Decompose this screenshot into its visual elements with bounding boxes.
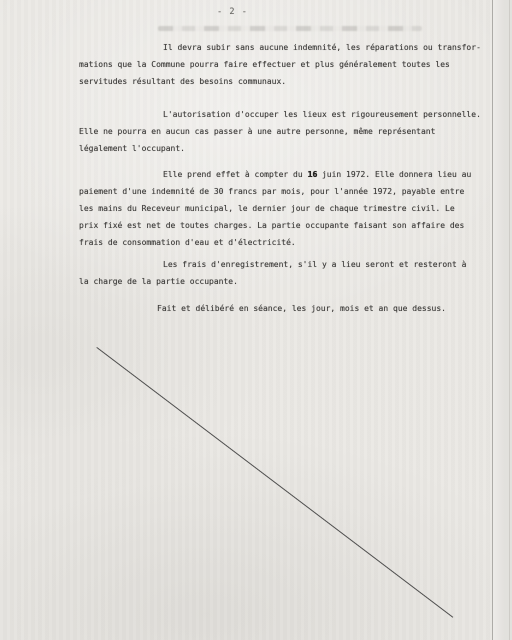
text-line: mations que la Commune pourra faire effe… — [79, 56, 479, 73]
paragraph-effective-date-payment: Elle prend effet à compter du 16 juin 19… — [79, 166, 479, 251]
text-line: Il devra subir sans aucune indemnité, le… — [79, 39, 479, 56]
text-line: Fait et délibéré en séance, les jour, mo… — [79, 300, 479, 317]
text-segment: juin 1972. Elle donnera lieu au — [317, 170, 471, 179]
text-line: les mains du Receveur municipal, le dern… — [79, 200, 479, 217]
paper-right-edge-line — [492, 0, 493, 640]
text-line: Les frais d'enregistrement, s'il y a lie… — [79, 256, 479, 273]
text-line: paiement d'une indemnité de 30 francs pa… — [79, 183, 479, 200]
paragraph-repairs-servitudes: Il devra subir sans aucune indemnité, le… — [79, 39, 479, 90]
paper-right-edge-faint-line — [509, 0, 510, 640]
paragraph-registration-fees: Les frais d'enregistrement, s'il y a lie… — [79, 256, 479, 290]
text-line: prix fixé est net de toutes charges. La … — [79, 217, 479, 234]
text-segment: Elle prend effet à compter du — [163, 170, 308, 179]
erased-text-smudge — [158, 26, 422, 31]
text-line: Elle ne pourra en aucun cas passer à une… — [79, 123, 479, 140]
text-line: servitudes résultant des besoins communa… — [79, 73, 479, 90]
overstruck-date-day: 16 — [308, 170, 318, 179]
diagonal-cancellation-stroke — [96, 347, 453, 618]
text-line: légalement l'occupant. — [79, 140, 479, 157]
text-line: frais de consommation d'eau et d'électri… — [79, 234, 479, 251]
text-line: Elle prend effet à compter du 16 juin 19… — [79, 166, 479, 183]
page-number: - 2 - — [217, 7, 248, 17]
text-line: L'autorisation d'occuper les lieux est r… — [79, 106, 479, 123]
paragraph-closing-formula: Fait et délibéré en séance, les jour, mo… — [79, 300, 479, 317]
paragraph-personal-authorisation: L'autorisation d'occuper les lieux est r… — [79, 106, 479, 157]
text-line: la charge de la partie occupante. — [79, 273, 479, 290]
scanned-document-page: - 2 - Il devra subir sans aucune indemni… — [0, 0, 512, 640]
